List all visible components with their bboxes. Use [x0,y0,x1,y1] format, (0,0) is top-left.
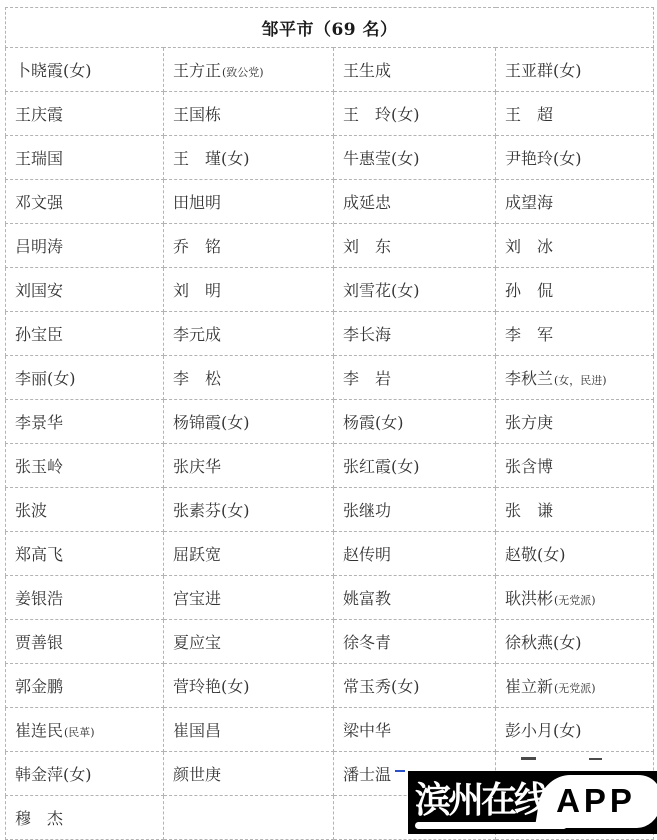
person-name: 彭小月(女) [505,721,582,740]
person-name: 李 岩 [343,369,391,388]
person-name: 贾善银 [15,633,63,652]
person-name: 韩金萍(女) [15,765,92,784]
name-cell: 崔国昌 [164,708,334,752]
obscured-name-fragment [521,757,536,760]
person-name: 常玉秀(女) [343,677,420,696]
name-cell: 刘雪花(女) [334,268,496,312]
person-name: 张波 [15,501,47,520]
name-cell: 颜世庚 [164,752,334,796]
person-name: 卜晓霞(女) [15,61,92,80]
name-cell: 李元成 [164,312,334,356]
name-cell: 李丽(女) [6,356,164,400]
name-cell: 李景华 [6,400,164,444]
table-row: 崔连民(民革)崔国昌梁中华彭小月(女) [6,708,654,752]
person-name: 李长海 [343,325,391,344]
person-name: 耿洪彬 [505,589,553,608]
person-name: 李 军 [505,325,553,344]
person-name: 成望海 [505,193,553,212]
person-name: 宫宝进 [173,589,221,608]
person-name: 王 玲(女) [343,105,420,124]
watermark-text: 滨州在线 [415,780,547,820]
name-cell: 王 玲(女) [334,92,496,136]
name-cell: 刘 东 [334,224,496,268]
table-row: 卜晓霞(女)王方正(致公党)王生成王亚群(女) [6,48,654,92]
name-cell: 崔连民(民革) [6,708,164,752]
page: { "title": "邹平市（69 名）", "table": { "rows… [0,0,657,840]
name-cell: 王亚群(女) [496,48,654,92]
name-cell: 王方正(致公党) [164,48,334,92]
person-name: 郭金鹏 [15,677,63,696]
name-cell: 贾善银 [6,620,164,664]
name-cell: 卜晓霞(女) [6,48,164,92]
person-name: 姜银浩 [15,589,63,608]
name-cell: 田旭明 [164,180,334,224]
person-name: 刘 明 [173,281,221,300]
watermark-underline-swoosh [415,822,567,829]
name-cell: 张波 [6,488,164,532]
person-name: 王 超 [505,105,553,124]
party-tag: (无党派) [554,594,596,607]
name-cell: 张继功 [334,488,496,532]
name-cell: 张含博 [496,444,654,488]
person-name: 张玉岭 [15,457,63,476]
table-row: 张玉岭张庆华张红霞(女)张含博 [6,444,654,488]
party-tag: (民革) [64,726,95,739]
name-cell: 王 超 [496,92,654,136]
party-tag: (无党派) [554,682,596,695]
person-name: 李景华 [15,413,63,432]
person-name: 刘 东 [343,237,391,256]
name-cell: 张素芬(女) [164,488,334,532]
person-name: 穆 杰 [15,809,63,828]
person-name: 李丽(女) [15,369,76,388]
person-name: 刘国安 [15,281,63,300]
party-tag: (女，民进) [554,374,607,387]
table-row: 李景华杨锦霞(女)杨霞(女)张方庚 [6,400,654,444]
name-cell: 崔立新(无党派) [496,664,654,708]
person-name: 张含博 [505,457,553,476]
name-cell: 孙宝臣 [6,312,164,356]
person-name: 乔 铭 [173,237,221,256]
name-cell: 夏应宝 [164,620,334,664]
table-row: 李丽(女)李 松李 岩李秋兰(女，民进) [6,356,654,400]
name-cell: 赵传明 [334,532,496,576]
person-name: 王国栋 [173,105,221,124]
table-row: 王庆霞王国栋王 玲(女)王 超 [6,92,654,136]
person-name: 刘 冰 [505,237,553,256]
name-cell: 李秋兰(女，民进) [496,356,654,400]
person-name: 张素芬(女) [173,501,250,520]
table-row: 贾善银夏应宝徐冬青徐秋燕(女) [6,620,654,664]
roster-body: 卜晓霞(女)王方正(致公党)王生成王亚群(女)王庆霞王国栋王 玲(女)王 超王瑞… [6,48,654,840]
person-name: 张 谦 [505,501,553,520]
person-name: 刘雪花(女) [343,281,420,300]
person-name: 李秋兰 [505,369,553,388]
person-name: 王方正 [173,61,221,80]
name-cell: 牛惠莹(女) [334,136,496,180]
name-cell: 徐秋燕(女) [496,620,654,664]
page-title: 邹平市（69 名） [6,8,654,48]
table-row: 刘国安刘 明刘雪花(女)孙 侃 [6,268,654,312]
name-cell: 刘 明 [164,268,334,312]
person-name: 崔连民 [15,721,63,740]
person-name: 赵敬(女) [505,545,566,564]
name-cell: 张红霞(女) [334,444,496,488]
name-cell: 张玉岭 [6,444,164,488]
table-row: 姜银浩宫宝进姚富教耿洪彬(无党派) [6,576,654,620]
name-cell: 杨霞(女) [334,400,496,444]
name-cell: 吕明涛 [6,224,164,268]
person-name: 王生成 [343,61,391,80]
name-cell: 王 瑾(女) [164,136,334,180]
name-cell: 张 谦 [496,488,654,532]
person-name: 郑高飞 [15,545,63,564]
name-cell: 郑高飞 [6,532,164,576]
person-name: 张方庚 [505,413,553,432]
title-row: 邹平市（69 名） [6,8,654,48]
name-cell: 彭小月(女) [496,708,654,752]
person-name: 吕明涛 [15,237,63,256]
name-cell: 郭金鹏 [6,664,164,708]
watermark-binzhou-online: 滨州在线 APP [408,771,657,834]
person-name: 赵传明 [343,545,391,564]
person-name: 徐秋燕(女) [505,633,582,652]
name-cell: 王庆霞 [6,92,164,136]
name-cell: 赵敬(女) [496,532,654,576]
name-cell: 王生成 [334,48,496,92]
person-name: 李元成 [173,325,221,344]
person-name: 王 瑾(女) [173,149,250,168]
name-cell: 耿洪彬(无党派) [496,576,654,620]
name-cell: 徐冬青 [334,620,496,664]
person-name: 张继功 [343,501,391,520]
name-cell: 张方庚 [496,400,654,444]
table-row: 郑高飞屈跃宽赵传明赵敬(女) [6,532,654,576]
person-name: 尹艳玲(女) [505,149,582,168]
name-cell: 李 岩 [334,356,496,400]
person-name: 颜世庚 [173,765,221,784]
name-cell [164,796,334,840]
name-cell: 刘国安 [6,268,164,312]
name-cell: 李 军 [496,312,654,356]
person-name: 崔立新 [505,677,553,696]
name-cell: 刘 冰 [496,224,654,268]
name-cell: 常玉秀(女) [334,664,496,708]
name-cell: 李长海 [334,312,496,356]
person-name: 邓文强 [15,193,63,212]
person-name: 李 松 [173,369,221,388]
name-cell: 杨锦霞(女) [164,400,334,444]
table-row: 郭金鹏菅玲艳(女)常玉秀(女)崔立新(无党派) [6,664,654,708]
blue-artifact-mark [395,765,405,772]
name-cell: 穆 杰 [6,796,164,840]
name-cell: 尹艳玲(女) [496,136,654,180]
name-cell: 成延忠 [334,180,496,224]
person-name: 潘士温 [343,765,391,784]
person-name: 杨锦霞(女) [173,413,250,432]
table-row: 邓文强田旭明成延忠成望海 [6,180,654,224]
person-name: 夏应宝 [173,633,221,652]
name-cell: 屈跃宽 [164,532,334,576]
person-name: 孙宝臣 [15,325,63,344]
name-cell: 邓文强 [6,180,164,224]
table-row: 张波张素芬(女)张继功张 谦 [6,488,654,532]
person-name: 菅玲艳(女) [173,677,250,696]
name-cell: 梁中华 [334,708,496,752]
person-name: 王瑞国 [15,149,63,168]
person-name: 姚富教 [343,589,391,608]
person-name: 王亚群(女) [505,61,582,80]
person-name: 王庆霞 [15,105,63,124]
person-name: 崔国昌 [173,721,221,740]
person-name: 徐冬青 [343,633,391,652]
name-cell: 张庆华 [164,444,334,488]
party-tag: (致公党) [222,66,264,79]
person-name: 杨霞(女) [343,413,404,432]
roster-table: 邹平市（69 名） 卜晓霞(女)王方正(致公党)王生成王亚群(女)王庆霞王国栋王… [5,7,654,840]
name-cell: 成望海 [496,180,654,224]
table-row: 吕明涛乔 铭刘 东刘 冰 [6,224,654,268]
person-name: 张红霞(女) [343,457,420,476]
person-name: 屈跃宽 [173,545,221,564]
name-cell: 王国栋 [164,92,334,136]
name-cell: 王瑞国 [6,136,164,180]
name-cell: 孙 侃 [496,268,654,312]
name-cell: 菅玲艳(女) [164,664,334,708]
name-cell: 姚富教 [334,576,496,620]
table-row: 孙宝臣李元成李长海李 军 [6,312,654,356]
person-name: 牛惠莹(女) [343,149,420,168]
name-cell: 宫宝进 [164,576,334,620]
name-cell: 乔 铭 [164,224,334,268]
person-name: 田旭明 [173,193,221,212]
name-cell: 姜银浩 [6,576,164,620]
table-row: 王瑞国王 瑾(女)牛惠莹(女)尹艳玲(女) [6,136,654,180]
name-cell: 韩金萍(女) [6,752,164,796]
person-name: 孙 侃 [505,281,553,300]
obscured-name-fragment [589,758,602,760]
person-name: 成延忠 [343,193,391,212]
person-name: 梁中华 [343,721,391,740]
person-name: 张庆华 [173,457,221,476]
watermark-app-label: APP [537,783,655,819]
name-cell: 李 松 [164,356,334,400]
